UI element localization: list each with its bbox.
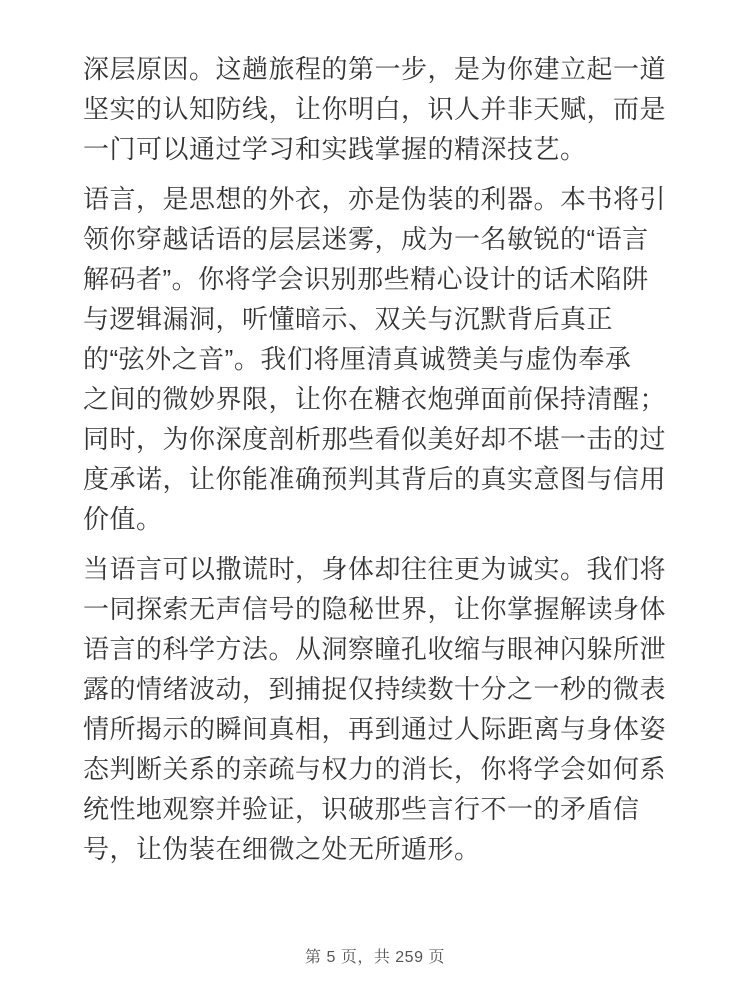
paragraph: 深层原因。这趟旅程的第一步，是为你建立起一道 坚实的认知防线，让你明白，识人并非… (83, 49, 673, 169)
text-line: 领你穿越话语的层层迷雾，成为一名敏锐的“语言 (83, 219, 673, 259)
text-line: 与逻辑漏洞，听懂暗示、双关与沉默背后真正 (83, 299, 673, 339)
text-line: 情所揭示的瞬间真相，再到通过人际距离与身体姿 (83, 709, 673, 749)
text-line: 解码者”。你将学会识别那些精心设计的话术陷阱 (83, 259, 673, 299)
text-line: 一门可以通过学习和实践掌握的精深技艺。 (83, 129, 673, 169)
text-line: 当语言可以撒谎时，身体却往往更为诚实。我们将 (83, 549, 673, 589)
text-line: 语言的科学方法。从洞察瞳孔收缩与眼神闪躲所泄 (83, 629, 673, 669)
text-line: 一同探索无声信号的隐秘世界，让你掌握解读身体 (83, 589, 673, 629)
text-line: 语言，是思想的外衣，亦是伪装的利器。本书将引 (83, 179, 673, 219)
text-line: 号，让伪装在细微之处无所遁形。 (83, 829, 673, 869)
text-line: 的“弦外之音”。我们将厘清真诚赞美与虚伪奉承 (83, 339, 673, 379)
paragraph: 语言，是思想的外衣，亦是伪装的利器。本书将引 领你穿越话语的层层迷雾，成为一名敏… (83, 179, 673, 539)
paragraph: 当语言可以撒谎时，身体却往往更为诚实。我们将 一同探索无声信号的隐秘世界，让你掌… (83, 549, 673, 869)
text-line: 统性地观察并验证，识破那些言行不一的矛盾信 (83, 789, 673, 829)
text-line: 态判断关系的亲疏与权力的消长，你将学会如何系 (83, 749, 673, 789)
text-line: 价值。 (83, 499, 673, 539)
text-line: 露的情绪波动，到捕捉仅持续数十分之一秒的微表 (83, 669, 673, 709)
text-line: 深层原因。这趟旅程的第一步，是为你建立起一道 (83, 49, 673, 89)
text-line: 度承诺，让你能准确预判其背后的真实意图与信用 (83, 459, 673, 499)
page-text: 深层原因。这趟旅程的第一步，是为你建立起一道 坚实的认知防线，让你明白，识人并非… (83, 49, 673, 879)
text-line: 之间的微妙界限，让你在糖衣炮弹面前保持清醒； (83, 379, 673, 419)
text-line: 坚实的认知防线，让你明白，识人并非天赋，而是 (83, 89, 673, 129)
reader-page: 深层原因。这趟旅程的第一步，是为你建立起一道 坚实的认知防线，让你明白，识人并非… (0, 0, 750, 1000)
page-number-indicator: 第 5 页，共 259 页 (0, 946, 750, 970)
text-line: 同时，为你深度剖析那些看似美好却不堪一击的过 (83, 419, 673, 459)
